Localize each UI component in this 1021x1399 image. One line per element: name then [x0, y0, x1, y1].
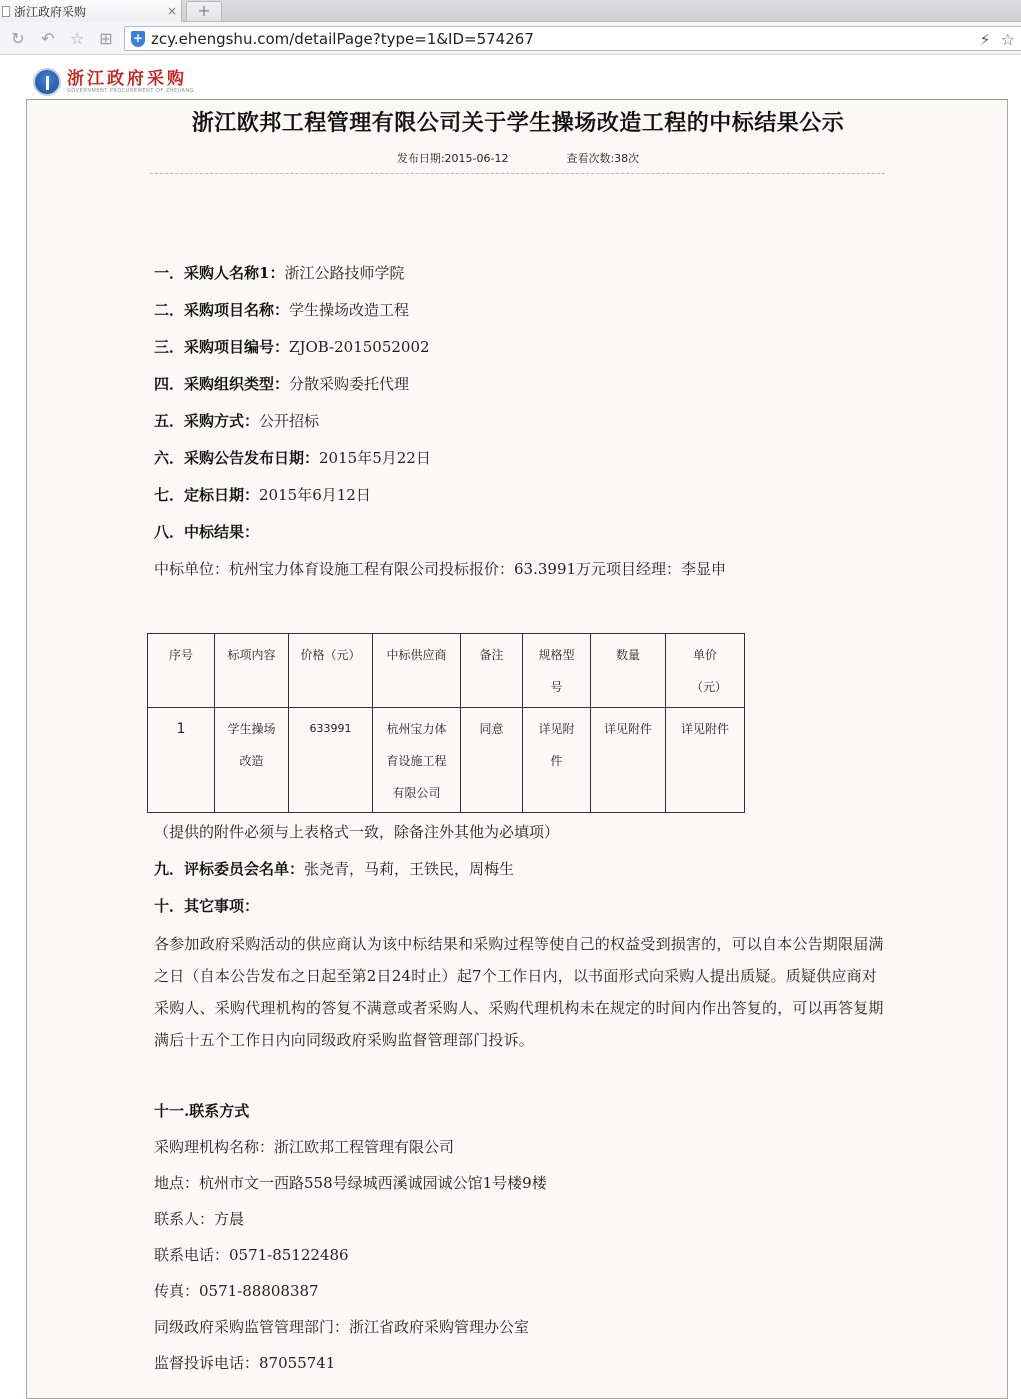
winner-line: 中标单位：杭州宝力体育设施工程有限公司投标报价：63.3991万元项目经理：李显… [154, 559, 726, 579]
contact-fax: 传真：0571-88808387 [154, 1281, 319, 1301]
complaint-phone: 监督投诉电话：87055741 [154, 1353, 335, 1373]
table-header-row: 序号 标项内容 价格（元） 中标供应商 备注 规格型号 数量 单价（元） [148, 634, 745, 708]
section-result: 八．中标结果： [154, 522, 259, 542]
table-header: 序号 [148, 634, 215, 708]
section-method: 五．采购方式：公开招标 [154, 411, 319, 431]
section-org-type: 四．采购组织类型：分散采购委托代理 [154, 374, 409, 394]
bookmark-star-icon[interactable]: ☆ [1001, 30, 1015, 49]
table-cell: 同意 [461, 708, 523, 813]
view-count: 查看次数:38次 [566, 152, 639, 165]
table-header: 单价（元） [666, 634, 745, 708]
table-header: 价格（元） [289, 634, 373, 708]
table-cell: 杭州宝力体育设施工程有限公司 [373, 708, 461, 813]
apps-icon[interactable]: ⊞ [96, 29, 116, 49]
page: 浙江政府采购 GOVERNMENT PROCUREMENT OF ZHEJIAN… [0, 56, 1021, 1389]
table-cell: 详见附件 [666, 708, 745, 813]
table-cell: 1 [148, 708, 215, 813]
browser-toolbar: ↻ ↶ ☆ ⊞ + zcy.ehengshu.com/detailPage?ty… [0, 22, 1021, 55]
contact-agency: 采购理机构名称：浙江欧邦工程管理有限公司 [154, 1137, 454, 1157]
section-announce-date: 六．采购公告发布日期：2015年5月22日 [154, 448, 431, 468]
browser-tab[interactable]: 浙江政府采购 × [0, 0, 182, 22]
contact-address: 地点：杭州市文一西路558号绿城西溪诚园诚公馆1号楼9楼 [154, 1173, 547, 1193]
url-text[interactable]: zcy.ehengshu.com/detailPage?type=1&ID=57… [151, 30, 534, 48]
refresh-icon[interactable]: ↻ [8, 29, 28, 49]
logo-title: 浙江政府采购 [67, 70, 194, 88]
result-table: 序号 标项内容 价格（元） 中标供应商 备注 规格型号 数量 单价（元） 1 学… [147, 633, 745, 813]
new-tab-button[interactable]: + [186, 1, 222, 21]
section-project-number: 三．采购项目编号：ZJOB-2015052002 [154, 337, 430, 357]
article-meta: 发布日期:2015-06-12查看次数:38次 [27, 150, 1009, 166]
section-purchaser: 一．采购人名称1：浙江公路技师学院 [154, 263, 404, 283]
table-header: 备注 [461, 634, 523, 708]
tab-title: 浙江政府采购 [14, 3, 163, 20]
section-contact: 十一.联系方式 [154, 1101, 249, 1121]
supervisory-dept: 同级政府采购监管管理部门：浙江省政府采购管理办公室 [154, 1317, 529, 1337]
table-header: 标项内容 [215, 634, 289, 708]
table-row: 1 学生操场改造 633991 杭州宝力体育设施工程有限公司 同意 详见附件 详… [148, 708, 745, 813]
table-header: 中标供应商 [373, 634, 461, 708]
contact-phone: 联系电话：0571-85122486 [154, 1245, 349, 1265]
security-shield-icon: + [131, 31, 145, 47]
table-cell: 详见附件 [523, 708, 591, 813]
page-icon [2, 6, 10, 17]
site-logo[interactable]: 浙江政府采购 GOVERNMENT PROCUREMENT OF ZHEJIAN… [33, 68, 194, 96]
table-cell: 633991 [289, 708, 373, 813]
section-project-name: 二．采购项目名称：学生操场改造工程 [154, 300, 409, 320]
close-tab-icon[interactable]: × [163, 4, 181, 18]
emblem-icon [33, 68, 61, 96]
contact-person: 联系人：方晨 [154, 1209, 244, 1229]
other-paragraph: 各参加政府采购活动的供应商认为该中标结果和采购过程等使自己的权益受到损害的，可以… [154, 928, 884, 1056]
table-cell: 学生操场改造 [215, 708, 289, 813]
publish-date: 发布日期:2015-06-12 [397, 152, 509, 165]
article-title: 浙江欧邦工程管理有限公司关于学生操场改造工程的中标结果公示 [27, 106, 1009, 137]
table-header: 数量 [591, 634, 666, 708]
back-icon[interactable]: ↶ [38, 29, 58, 49]
table-cell: 详见附件 [591, 708, 666, 813]
section-committee: 九．评标委员会名单：张尧青，马莉，王铁民，周梅生 [154, 859, 514, 879]
browser-tab-bar: 浙江政府采购 × + [0, 0, 1021, 22]
table-header: 规格型号 [523, 634, 591, 708]
favorite-icon[interactable]: ☆ [67, 29, 87, 49]
article-container: 浙江欧邦工程管理有限公司关于学生操场改造工程的中标结果公示 发布日期:2015-… [26, 99, 1008, 1389]
logo-subtitle: GOVERNMENT PROCUREMENT OF ZHEJIANG [67, 88, 194, 94]
flash-icon[interactable]: ⚡ [979, 30, 990, 49]
table-note: （提供的附件必须与上表格式一致，除备注外其他为必填项） [154, 822, 559, 842]
dashed-divider [150, 173, 885, 174]
address-bar[interactable]: + zcy.ehengshu.com/detailPage?type=1&ID=… [124, 26, 1021, 51]
section-award-date: 七．定标日期：2015年6月12日 [154, 485, 371, 505]
section-other: 十．其它事项： [154, 896, 259, 916]
